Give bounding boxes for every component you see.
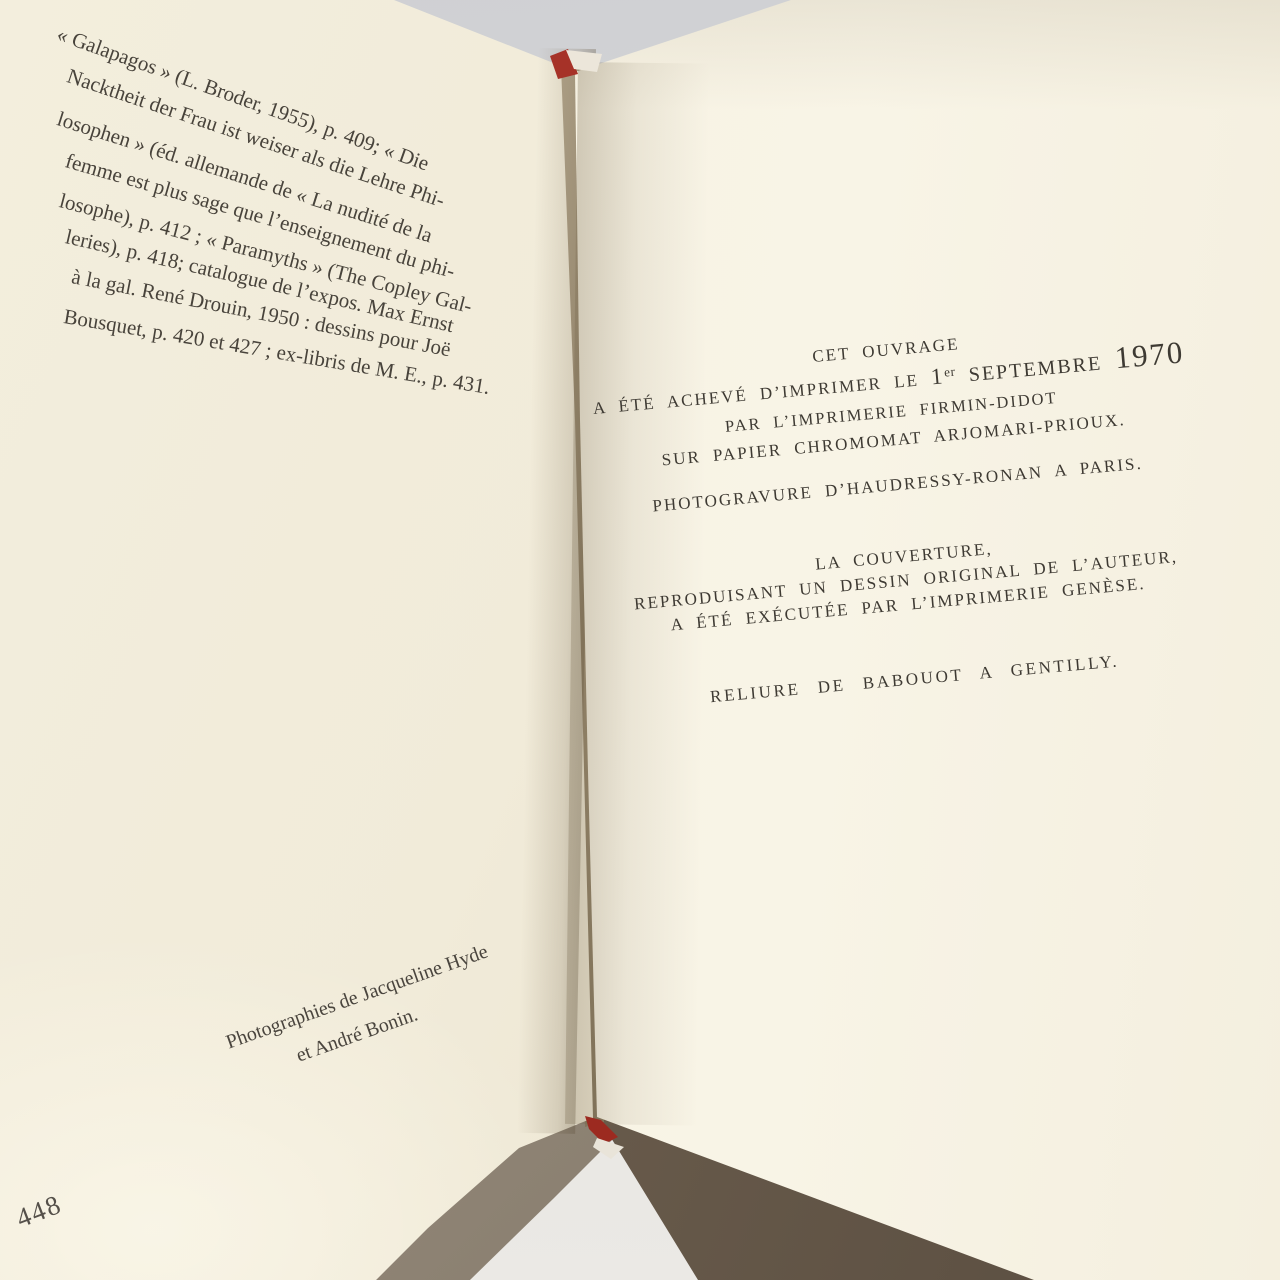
open-book-photograph: « Galapagos » (L. Broder, 1955), p. 409;… [0,0,1280,1280]
photo-credit: Photographies de Jacqueline Hyde et Andr… [192,978,522,1054]
colophon: CET OUVRAGE A ÉTÉ ACHEVÉ D’IMPRIMER LE 1… [585,305,1214,720]
bibliography-paragraph: « Galapagos » (L. Broder, 1955), p. 409;… [0,0,560,430]
imprint-year: 1970 [1113,334,1185,375]
